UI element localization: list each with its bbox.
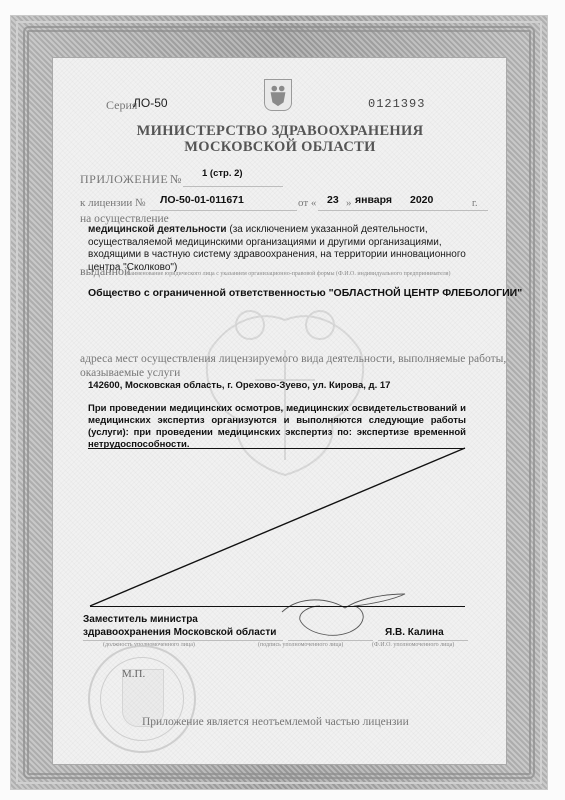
signature-hint: (подпись уполномоченного лица) xyxy=(258,642,343,648)
strike-bottom-line xyxy=(90,606,465,607)
coat-of-arms-icon xyxy=(264,79,292,111)
name-underline xyxy=(378,640,468,641)
ministry-title: МИНИСТЕРСТВО ЗДРАВООХРАНЕНИЯ xyxy=(60,123,500,140)
seal-label: М.П. xyxy=(122,668,145,680)
serial-number: 0121393 xyxy=(368,97,425,111)
appendix-number-sign: № xyxy=(170,172,181,187)
license-number: ЛО-50-01-011671 xyxy=(160,194,244,206)
name-hint: (Ф.И.О. уполномоченного лица) xyxy=(372,642,454,648)
appendix-underline xyxy=(183,186,283,187)
strike-top-line xyxy=(88,448,465,449)
signature-underline xyxy=(288,640,373,641)
appendix-label: ПРИЛОЖЕНИЕ xyxy=(80,172,168,187)
issued-label: выданной xyxy=(80,264,130,279)
address-label: адреса мест осуществления лицензируемого… xyxy=(80,353,510,380)
address-value: 142600, Московская область, г. Орехово-З… xyxy=(88,380,390,391)
license-month: января xyxy=(355,194,392,206)
organization-name: Общество с ограниченной ответственностью… xyxy=(88,287,522,299)
activity-type: медицинской деятельности xyxy=(88,224,227,235)
license-number-underline xyxy=(150,210,297,211)
footer-note: Приложение является неотъемлемой частью … xyxy=(142,716,409,728)
official-seal-icon xyxy=(88,645,196,753)
license-day-close: » xyxy=(346,197,352,209)
ministry-region: МОСКОВСКОЙ ОБЛАСТИ xyxy=(60,139,500,156)
activity-description: медицинской деятельности (за исключением… xyxy=(88,224,473,274)
position-underline xyxy=(83,640,283,641)
services-description: При проведении медицинских осмотров, мед… xyxy=(88,403,466,451)
issued-hint: (наименование юридического лица с указан… xyxy=(125,268,495,281)
series-value: ЛО-50 xyxy=(133,96,168,110)
license-date-underline xyxy=(318,210,488,211)
signatory-position-line1: Заместитель министра xyxy=(83,614,198,625)
license-year-suffix: г. xyxy=(472,198,477,209)
license-year: 2020 xyxy=(410,194,433,206)
license-day: 23 xyxy=(327,194,339,206)
signatory-name: Я.В. Калина xyxy=(385,627,444,638)
signatory-position-line2: здравоохранения Московской области xyxy=(83,627,276,638)
license-label: к лицензии № xyxy=(80,197,146,209)
license-date-from-label: от « xyxy=(298,197,316,209)
appendix-value: 1 (стр. 2) xyxy=(202,168,243,179)
